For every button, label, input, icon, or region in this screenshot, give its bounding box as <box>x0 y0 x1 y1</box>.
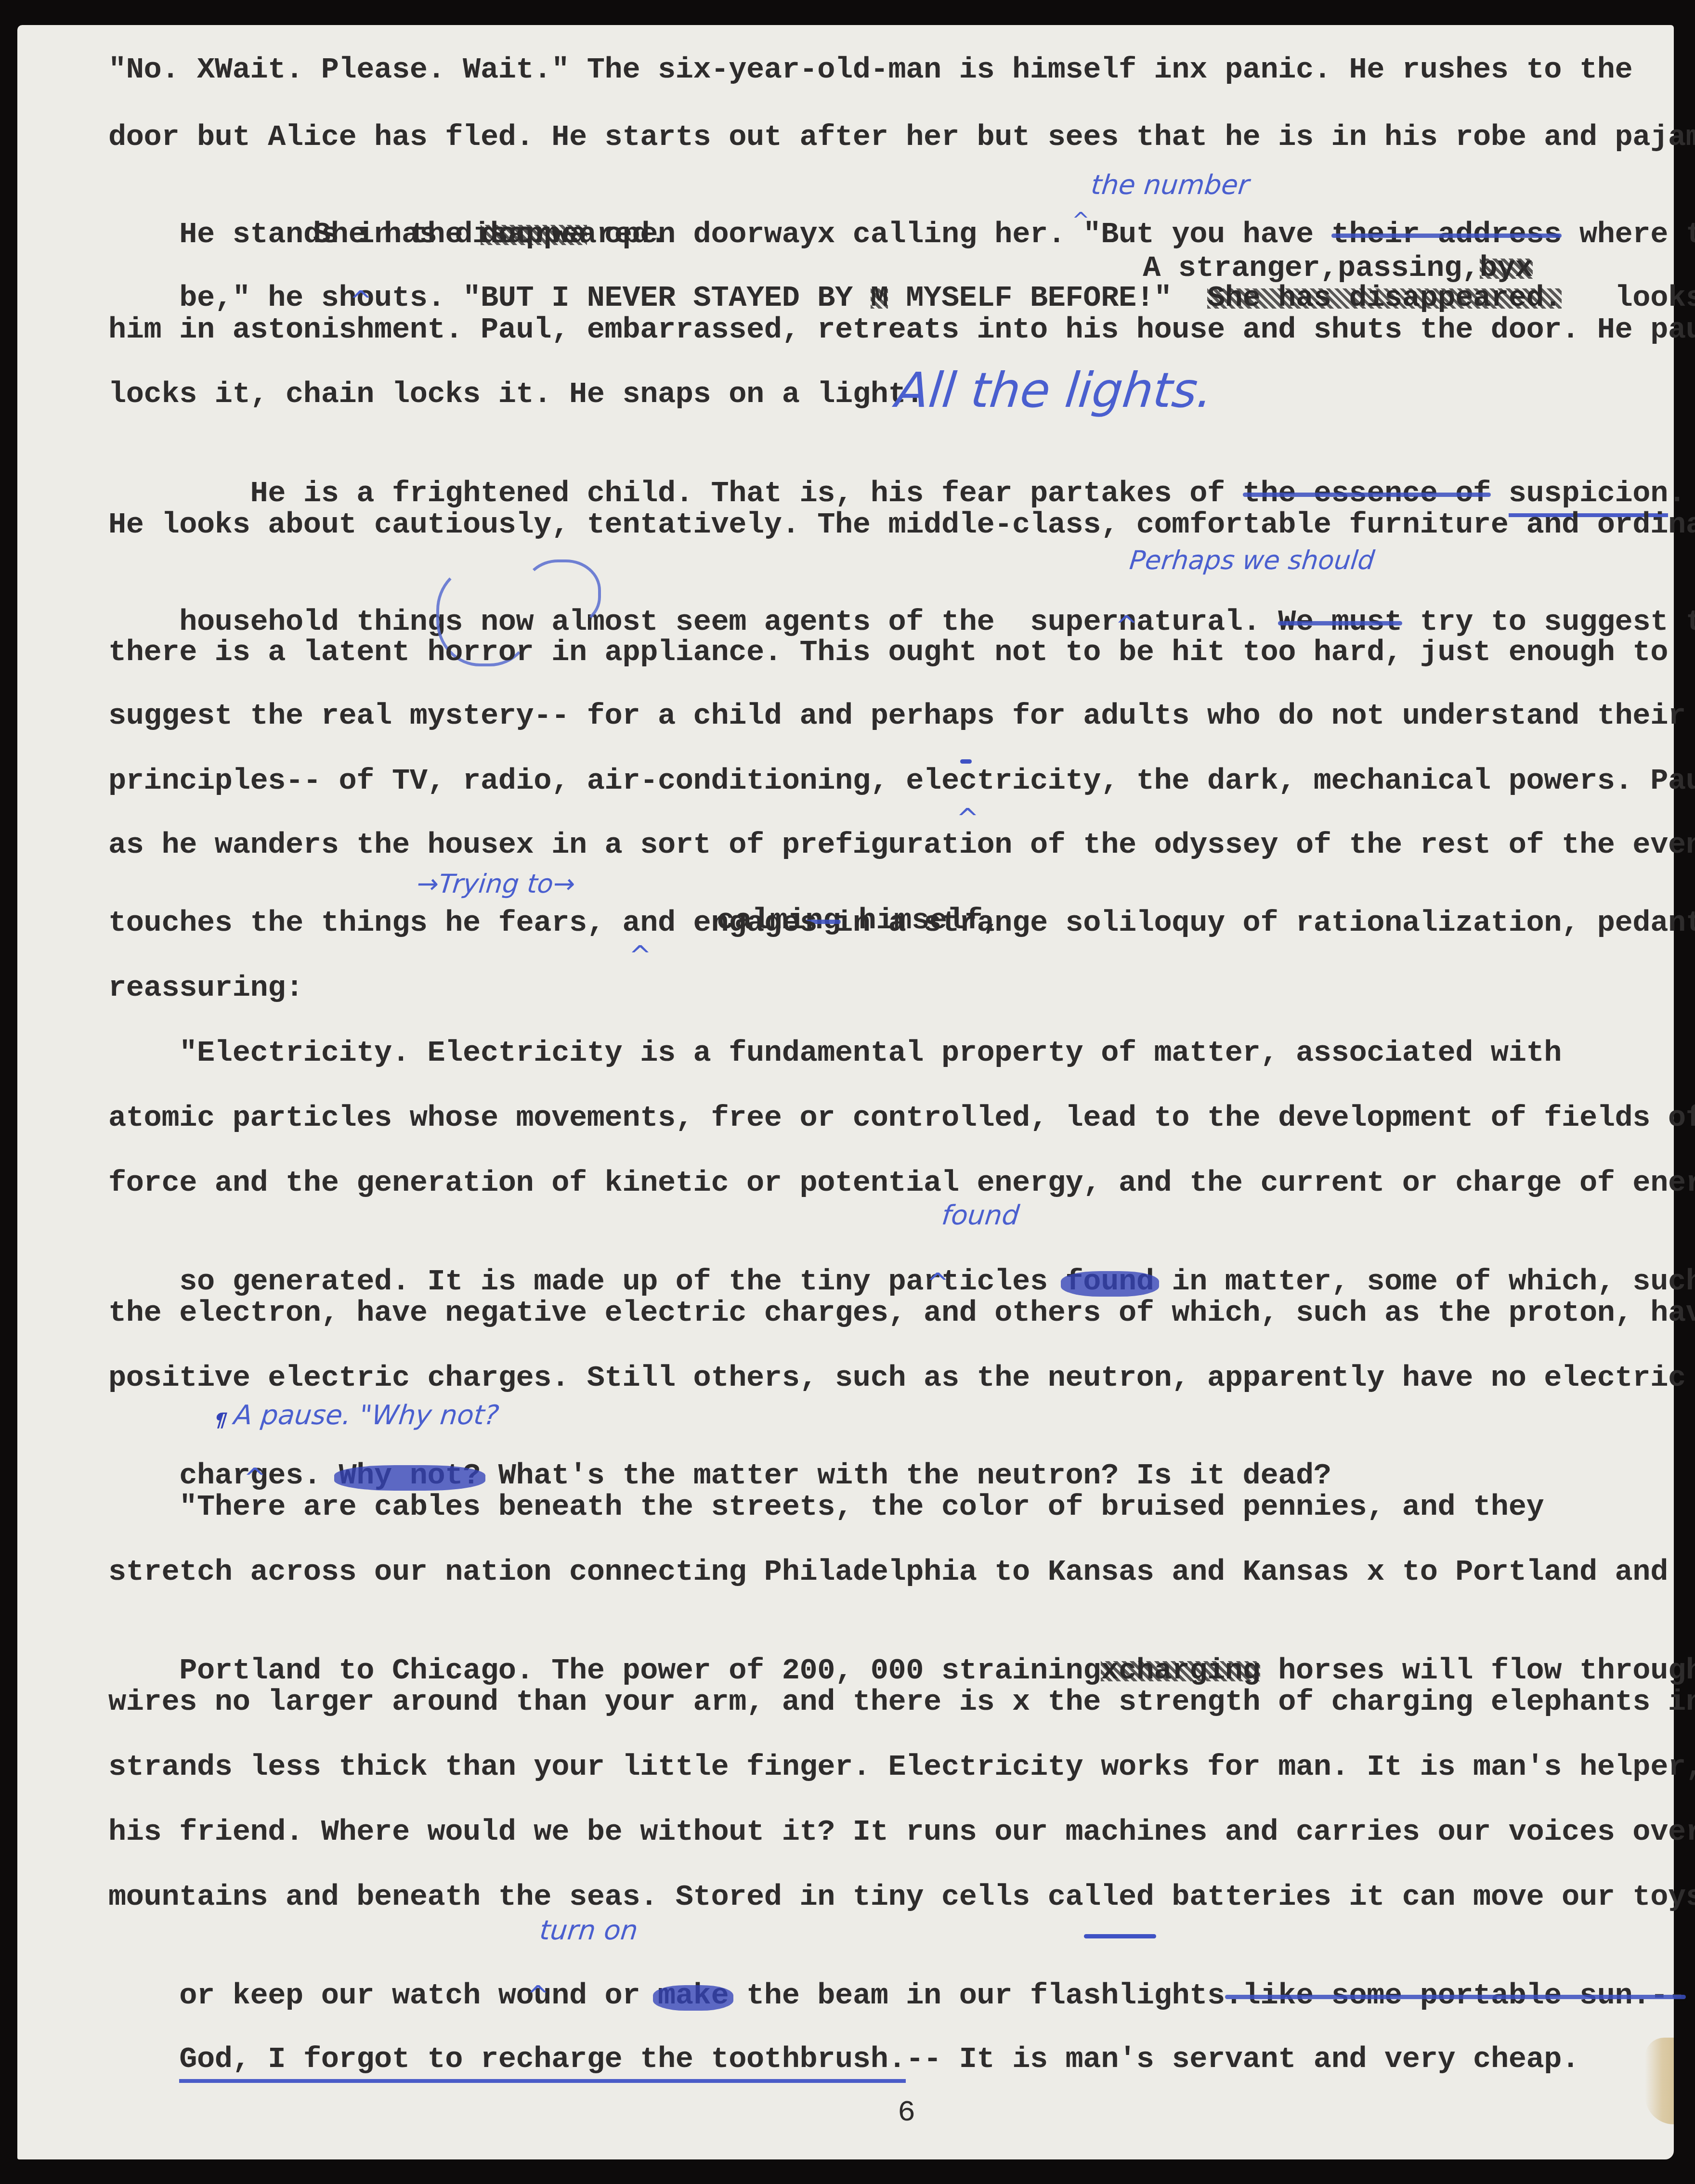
text-segment <box>1491 476 1509 510</box>
insertion-text: Trying to <box>437 869 555 899</box>
pen-strikeout: We must <box>1278 605 1402 639</box>
text-segment: the beam in our flashlights <box>729 1978 1225 2013</box>
text-line: atomic particles whose movements, free o… <box>108 1101 1695 1135</box>
text-line: there is a latent horror in appliance. T… <box>108 636 1668 669</box>
text-line: locks it, chain locks it. He snaps on a … <box>108 377 924 411</box>
caret-mark: ^ <box>1072 208 1090 233</box>
text-segment: What's the matter with the neutron? Is i… <box>481 1458 1331 1493</box>
text-line: positive electric charges. Still others,… <box>108 1361 1686 1395</box>
text-segment: agents of the supernatural. <box>746 605 1278 639</box>
text-line: strands less thick than your little fing… <box>108 1750 1695 1784</box>
text-segment: . <box>1668 476 1686 510</box>
text-line: He looks about cautiously, tentatively. … <box>108 508 1695 542</box>
text-line: principles-- of TV, radio, air-condition… <box>108 764 1695 798</box>
caret-mark: ^ <box>926 1267 949 1299</box>
text-line: door but Alice has fled. He starts out a… <box>108 120 1695 154</box>
text-line: mountains and beneath the seas. Stored i… <box>108 1880 1695 1914</box>
pen-strikeout: found <box>1066 1264 1154 1299</box>
caret-mark: ^ <box>350 285 372 316</box>
handwritten-insertion: turn on <box>538 1915 639 1946</box>
handwritten-insertion: found <box>940 1200 1021 1231</box>
typed-strikeout: xcharging <box>1101 1653 1260 1688</box>
circled-word: seem <box>676 605 746 639</box>
text-segment: where they'll <box>1562 217 1695 251</box>
pen-dash-mark <box>1084 1934 1156 1938</box>
pen-strikeout: .like some portable sun.-- <box>1225 1978 1686 2013</box>
page-number: 6 <box>898 2095 915 2130</box>
pen-strikeout: Why not? <box>339 1458 481 1493</box>
typescript-page: "No. XWait. Please. Wait." The six-year-… <box>17 25 1674 2159</box>
text-line: him in astonishment. Paul, embarrassed, … <box>108 313 1695 347</box>
text-line: "No. XWait. Please. Wait." The six-year-… <box>108 53 1632 87</box>
transposition-loop <box>523 559 601 628</box>
text-line: reassuring: <box>108 971 303 1005</box>
text-line: touches the things he fears, and engages… <box>108 906 1695 940</box>
text-line: God, I forgot to recharge the toothbrush… <box>108 2009 1579 2110</box>
pen-strikeout: make <box>658 1978 729 2013</box>
text-segment: looks at <box>1562 281 1695 315</box>
text-line: his friend. Where would we be without it… <box>108 1815 1695 1849</box>
text-line: the electron, have negative electric cha… <box>108 1296 1695 1330</box>
pen-strikeout: the essence of <box>1243 476 1491 510</box>
text-segment: try to suggest that <box>1402 605 1695 639</box>
text-line: as he wanders the housex in a sort of pr… <box>108 828 1695 862</box>
text-line: suggest the real mystery-- for a child a… <box>108 699 1686 733</box>
text-line: "Electricity. Electricity is a fundament… <box>108 1036 1562 1070</box>
text-line: wires no larger around than your arm, an… <box>108 1685 1695 1719</box>
handwritten-insertion: All the lights. <box>893 362 1215 418</box>
text-segment <box>1686 1978 1695 2013</box>
caret-mark: ^ <box>527 1980 549 2011</box>
pen-underline: God, I forgot to recharge the toothbrush… <box>179 2042 906 2083</box>
text-segment: He is a frightened child. That is, his f… <box>179 476 1242 510</box>
text-segment: be," he shouts. "BUT I NEVER STAYED BY <box>179 281 870 315</box>
text-line: "There are cables beneath the streets, t… <box>108 1490 1544 1524</box>
text-segment: Portland to Chicago. The power of 200, 0… <box>179 1653 1101 1688</box>
text-segment: -- It is man's servant and very cheap. <box>906 2042 1579 2076</box>
text-segment: MYSELF BEFORE!" <box>888 281 1207 315</box>
typed-strikeout: M <box>871 281 888 315</box>
text-segment: in matter, some of which, such as <box>1154 1264 1695 1299</box>
text-segment: horses will flow through <box>1260 1653 1695 1688</box>
pen-dash-mark <box>960 759 972 764</box>
caret-mark: ^ <box>244 1462 266 1494</box>
text-line: force and the generation of kinetic or p… <box>108 1166 1695 1200</box>
typed-strikeout: She has disappeared. <box>1207 281 1562 315</box>
interlinear-typed-text: She has disappeared. <box>313 218 667 251</box>
text-segment: or keep our watch wound or <box>179 1978 658 2013</box>
text-line: stretch across our nation connecting Phi… <box>108 1555 1668 1589</box>
handwritten-insertion: →Trying to→ <box>416 869 577 899</box>
caret-mark: ^ <box>629 940 652 971</box>
water-stain <box>1645 2038 1674 2124</box>
handwritten-insertion: Perhaps we should <box>1128 545 1376 575</box>
